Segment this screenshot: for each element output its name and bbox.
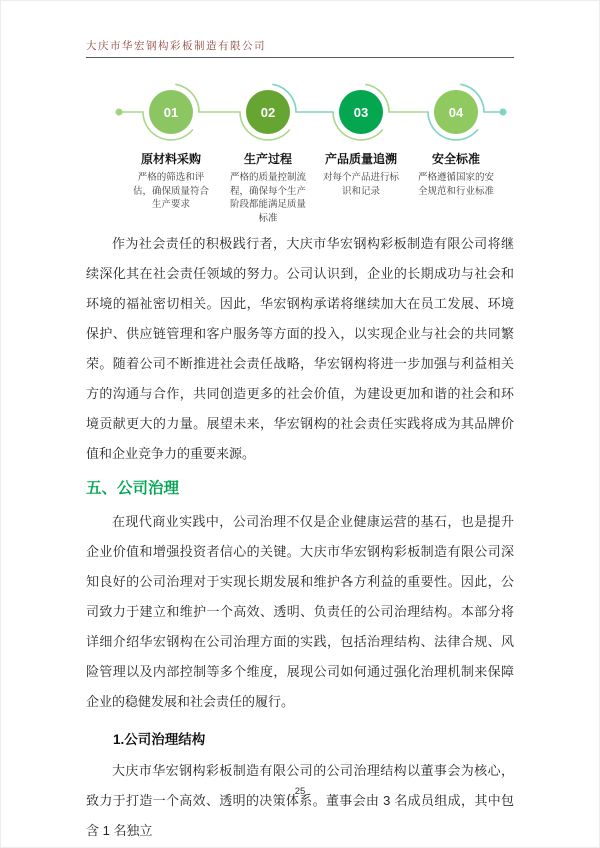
paragraph-governance-intro: 在现代商业实践中，公司治理不仅是企业健康运营的基石，也是提升企业价值和增强投资者… bbox=[86, 507, 514, 717]
step-1-circle: 01 bbox=[149, 90, 193, 134]
document-body: 作为社会责任的积极践行者，大庆市华宏钢构彩板制造有限公司将继续深化其在社会责任领… bbox=[86, 229, 514, 846]
step-1-number: 01 bbox=[164, 105, 178, 120]
step-4-number: 04 bbox=[449, 105, 463, 120]
page-number: 25 bbox=[295, 786, 306, 797]
process-diagram: 01 02 03 04 原材料采购 严格的筛选和评估，确保质量符合生产要求 生产… bbox=[86, 85, 514, 229]
step-2-number: 02 bbox=[261, 105, 275, 120]
page-footer: 25 bbox=[1, 786, 599, 797]
step-4-title: 安全标准 bbox=[401, 152, 511, 167]
step-1-label: 原材料采购 严格的筛选和评估，确保质量符合生产要求 bbox=[116, 152, 226, 212]
connector-start-dot bbox=[116, 109, 123, 116]
paragraph-governance-structure: 大庆市华宏钢构彩板制造有限公司的公司治理结构以董事会为核心，致力于打造一个高效、… bbox=[86, 756, 514, 846]
step-3-label: 产品质量追溯 对每个产品进行标识和记录 bbox=[306, 152, 416, 198]
step-4-label: 安全标准 严格遵循国家的安全规范和行业标准 bbox=[401, 152, 511, 198]
section-heading-governance: 五、公司治理 bbox=[86, 476, 514, 502]
step-3-number: 03 bbox=[354, 105, 368, 120]
company-name: 大庆市华宏钢构彩板制造有限公司 bbox=[86, 40, 514, 52]
page-header: 大庆市华宏钢构彩板制造有限公司 bbox=[86, 1, 514, 58]
step-3-desc: 对每个产品进行标识和记录 bbox=[319, 171, 403, 198]
step-1-title: 原材料采购 bbox=[116, 152, 226, 167]
sub-heading-governance-structure: 1.公司治理结构 bbox=[113, 727, 514, 753]
step-2-desc: 严格的质量控制流程，确保每个生产阶段都能满足质量标准 bbox=[226, 171, 310, 225]
connector-end-dot bbox=[500, 109, 507, 116]
paragraph-social-responsibility: 作为社会责任的积极践行者，大庆市华宏钢构彩板制造有限公司将继续深化其在社会责任领… bbox=[86, 229, 514, 469]
step-2-circle: 02 bbox=[246, 90, 290, 134]
step-1-desc: 严格的筛选和评估，确保质量符合生产要求 bbox=[129, 171, 213, 212]
step-4-circle: 04 bbox=[434, 90, 478, 134]
step-4-desc: 严格遵循国家的安全规范和行业标准 bbox=[414, 171, 498, 198]
step-3-circle: 03 bbox=[339, 90, 383, 134]
step-3-title: 产品质量追溯 bbox=[306, 152, 416, 167]
document-page: 大庆市华宏钢构彩板制造有限公司 bbox=[0, 0, 600, 848]
